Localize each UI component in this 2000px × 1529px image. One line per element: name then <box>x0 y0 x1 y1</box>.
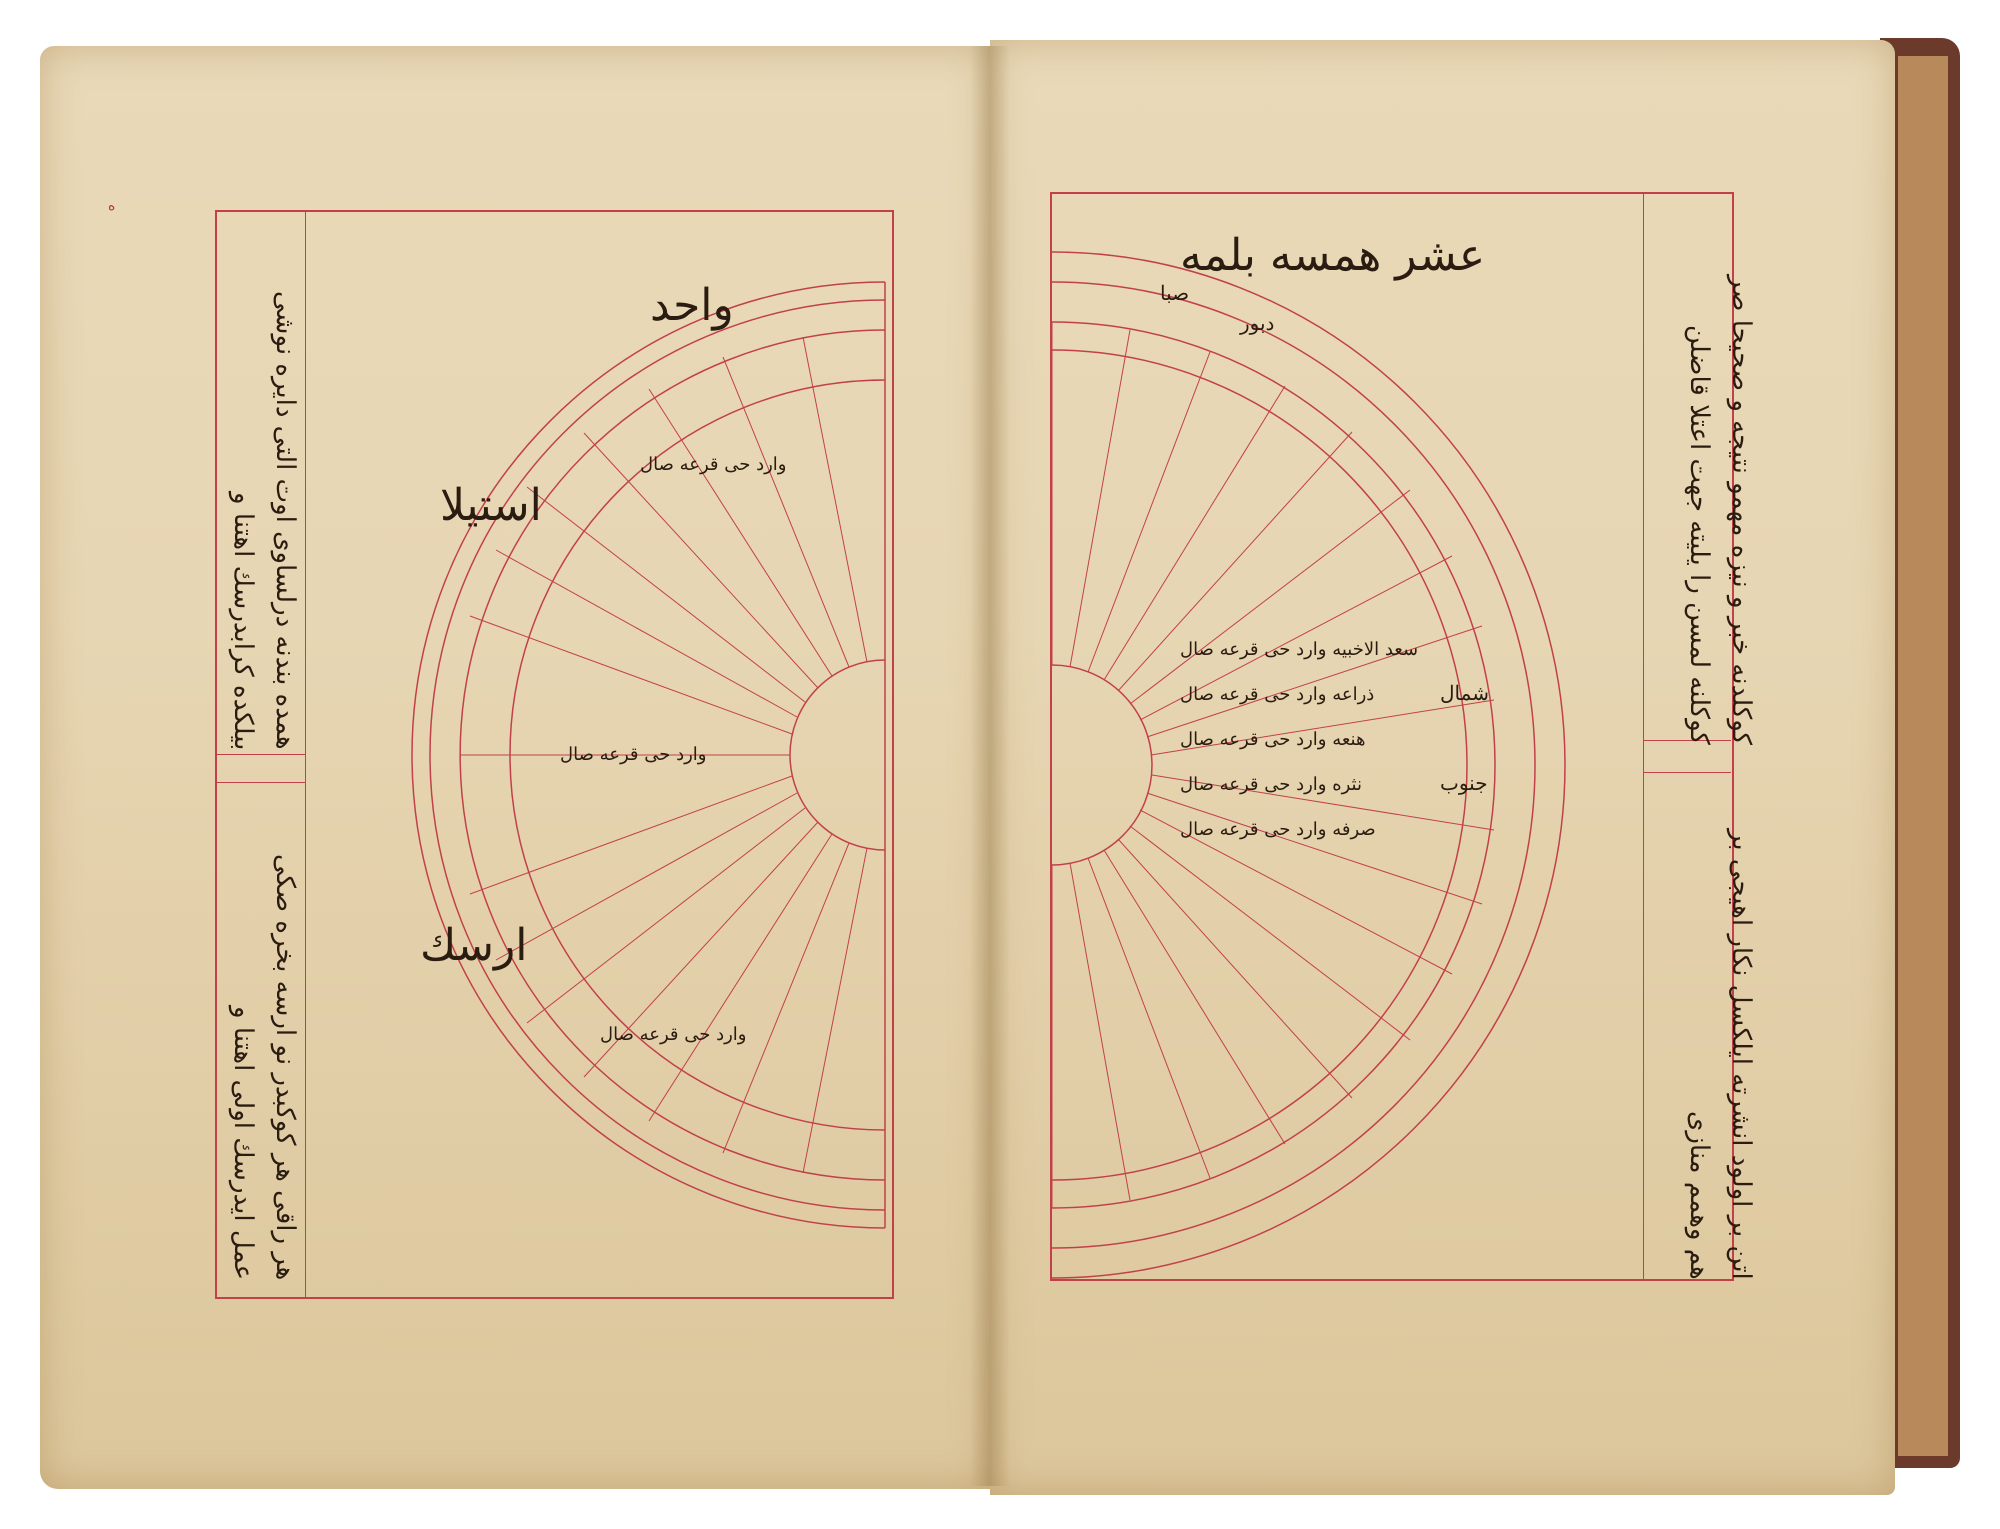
book-gutter <box>970 46 1010 1486</box>
mansion-row: ذراعه وارد حی قرعه صال <box>1180 684 1374 705</box>
mansion-row: صرفه وارد حی قرعه صال <box>1180 819 1376 840</box>
top-row-label: صبا <box>1160 281 1189 305</box>
mansion-row: نثره وارد حی قرعه صال <box>1180 774 1362 795</box>
mansion-row: سعد الاخبیه وارد حی قرعه صال <box>1180 639 1418 660</box>
right-outer-ring-label: عشر همسه بلمه <box>1180 230 1485 281</box>
top-row-label: دبور <box>1239 311 1274 335</box>
mansion-row: هنعه وارد حی قرعه صال <box>1180 729 1365 750</box>
side-label: شمال <box>1440 681 1489 705</box>
side-label: جنوب <box>1440 771 1488 795</box>
open-manuscript: ه همده بندنه درلساوی اوت التی دایره نوشی… <box>0 0 2000 1529</box>
